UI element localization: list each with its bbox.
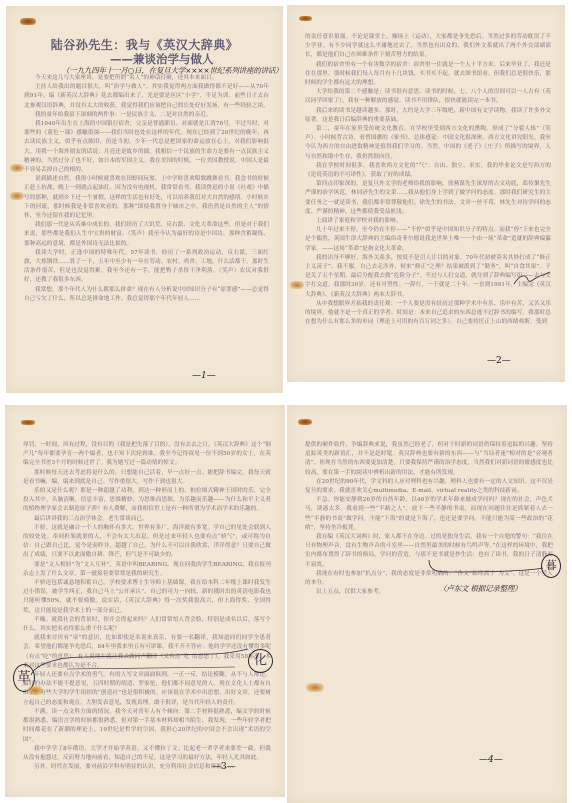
paragraph: 说到描述自然，我很小时候就喜欢在田野间玩耍，上中学时喜欢唱歌跳舞看书。我念书的时… (24, 175, 269, 221)
paragraph: 上面讲了家庭和学校对我的影响。 (305, 217, 551, 226)
body-text: 今天来这儿与大家座谈，是要把所谓“名人”的神话打破，还其本来面目。 主持人给我出… (24, 74, 269, 374)
manuscript-page-2: 的责任意识很强。不论是课堂上，操场上（运动），大家都是争先恐后。当然过多的劳动耽… (287, 5, 565, 382)
paragraph: 我常想，那个年代人为什么都那么拼命？现在有人分析说中国知识分子有“原罪感”——总… (24, 286, 269, 304)
rust-stain (290, 281, 304, 289)
paragraph: 我们那一代是从苦难中成长的，我们经历了大饥荒、反右派、文化大革命这些，但是对于我… (24, 221, 269, 249)
rust-stain (299, 16, 312, 21)
paragraph: 我的童年给我留下深刻的两件事：一是民族主义，二是对自然的亲近。 (24, 111, 269, 120)
paragraph: 年轻人还要有点学术的勇气。有的人写文章面面俱到，一正一反，结论模糊，从不与人辩论… (23, 671, 271, 708)
paragraph: 大学给我的第二个感触是：读书很有意思。读书的时候，七、八个人的房间可以一人占有（… (305, 88, 551, 106)
pen-connector-line (427, 558, 545, 578)
paragraph: 我们的宿舍里有一个有害数学的宿舍：宿舍里一住就是一个人十平方米。后来毕业了，我还… (305, 61, 551, 89)
manuscript-page-3: 辱罚，一时间，风有过程，没有目的（我是把失落了目的），没有去去之日。《英汉大辞典… (5, 405, 285, 797)
rust-stain (10, 192, 24, 200)
rust-stain (21, 420, 35, 425)
paragraph: 最后讲讲我的三点治学体会。老生常谈而已。 (23, 515, 271, 524)
paragraph: 不满。读一点文科方面的情况。我今天对青年人有个倾向：第二手材料很熟悉，编文学的时… (23, 708, 271, 745)
paragraph: 提供的硬件软件，争编辞典来说，我虽然已经老了，但对于时新的词语仍保持着追踪的兴趣… (305, 441, 553, 478)
page-number: —4— (479, 755, 503, 765)
pen-squiggle-annotation (512, 270, 552, 290)
page-number: —2— (487, 356, 511, 366)
paragraph: 不骄还包括诚恳地积蓄自己。学校要求博士生导师上基础课，我在给本科二年级上课时我发… (23, 579, 271, 616)
paragraph: 要是“文人相轻”为“文人互补”，英语中叫BEARING。现在问我的学生BEARI… (23, 561, 271, 579)
paragraph: 那时候每天还去考虑将是什么的。只想能自己活着，早一点好一点。能把辞书编完。我每天… (23, 469, 271, 487)
page-number: —3— (212, 762, 236, 772)
paragraph: 主持人给我出的题目很大，叫“治学与做人”。其实我觉得两方面我做得都不是好——从7… (24, 83, 269, 111)
paragraph: 我后来的读书是越读越多。那时，大约是大学三年级吧，新中国有文学读物，我读了许多外… (305, 107, 551, 125)
paragraph: 几十年过来不停，至今仍在不停——“不停”似乎是中国知识分子的特点。而我“停”下来… (305, 226, 551, 254)
paragraph: 从中我想眼界开拓我的责任观：一个人要是没有经历过那种学术中有乐、乐中有苦，又苦又… (305, 300, 551, 328)
paragraph: 今天来这儿与大家座谈，是要把所谓“名人”的神话打破，还其本来面目。 (24, 74, 269, 83)
paragraph: 第二，童年在家里受传统文化教育，在学校里受到西方文化的熏陶，形成了“分裂人格”（… (305, 125, 551, 162)
rust-stain (306, 683, 324, 692)
paragraph: 乐的又是什么呢？那是一种超越了功利，到达一种形而上的、柏拉图式精神王国时的乐，完… (23, 487, 271, 515)
paragraph: 我1940年出生在上海的中国银行宿舍，父亲是普通职员。对面就是江湾76号，不过当… (24, 120, 269, 175)
paragraph: 我在学校时间很多，我喜欢西方文化的“气”：自由、独立、求实。我的毕业论文是写西方… (305, 162, 551, 180)
pen-strike-lines (25, 645, 253, 675)
paragraph: 不骄。这就是融合一个人的胸怀有多大。世界有多广，海洋就有多宽。学自己的见处会联到… (23, 524, 271, 561)
paragraph: 在20世纪的90年代，学文科的人应对理科也有兴趣，理科人也要有一定的人文知识。这… (305, 478, 553, 496)
paragraph: 第四点印象深的，是复旦外文学的老师给我的影响。徐燕谋先生深厚的古文功底，葛传槼先… (305, 180, 551, 217)
rust-stain (298, 419, 312, 425)
page-number: —1— (192, 371, 216, 381)
body-text: 的责任意识很强。不论是课堂上，操场上（运动），大家都是争先恐后。当然过多的劳动耽… (305, 33, 551, 353)
body-text: 辱罚，一时间，风有过程，没有目的（我是把失落了目的），没有去去之日。《英汉大辞典… (23, 441, 271, 751)
rust-stain (20, 18, 36, 25)
manuscript-page-1: 陆谷孙先生：我与《英汉大辞典》 ——兼谈治学与做人 （一九九四年十一月○日，在复… (6, 6, 283, 393)
paragraph: 我中学学了8年俄语，大学才开始学英语，又不懂拉丁文。比起老一辈学者来要差一截。但… (23, 745, 271, 763)
signature-note: （卢东文 根据记录整理） (439, 583, 521, 594)
paragraph: 的责任意识很强。不论是课堂上，操场上（运动），大家都是争先恐后。当然过多的劳动耽… (305, 33, 551, 61)
paragraph: 我读大学时，正逢中国的特殊年代。57年读书，经历了一系列政治运动，反右派，三面红… (24, 249, 269, 286)
paragraph: 不燥。就我社会的背景时，你开会得起来吗？人们常常怕人背会脸，特别是成名以后，落写… (23, 616, 271, 634)
manuscript-page-4: 提供的硬件软件，争编辞典来说，我虽然已经老了，但对于时新的词语仍保持着追踪的兴趣… (287, 405, 567, 803)
paragraph: 不急。你能安静到26岁的自然年龄，以40岁的学术年龄来做成学问吗？现在的社会，声… (305, 496, 553, 533)
rust-stain (10, 164, 24, 172)
paragraph: 辱罚，一时间，风有过程，没有目的（我是把失落了目的），没有去去之日。《英汉大辞典… (23, 441, 271, 469)
rust-stain (27, 686, 43, 695)
